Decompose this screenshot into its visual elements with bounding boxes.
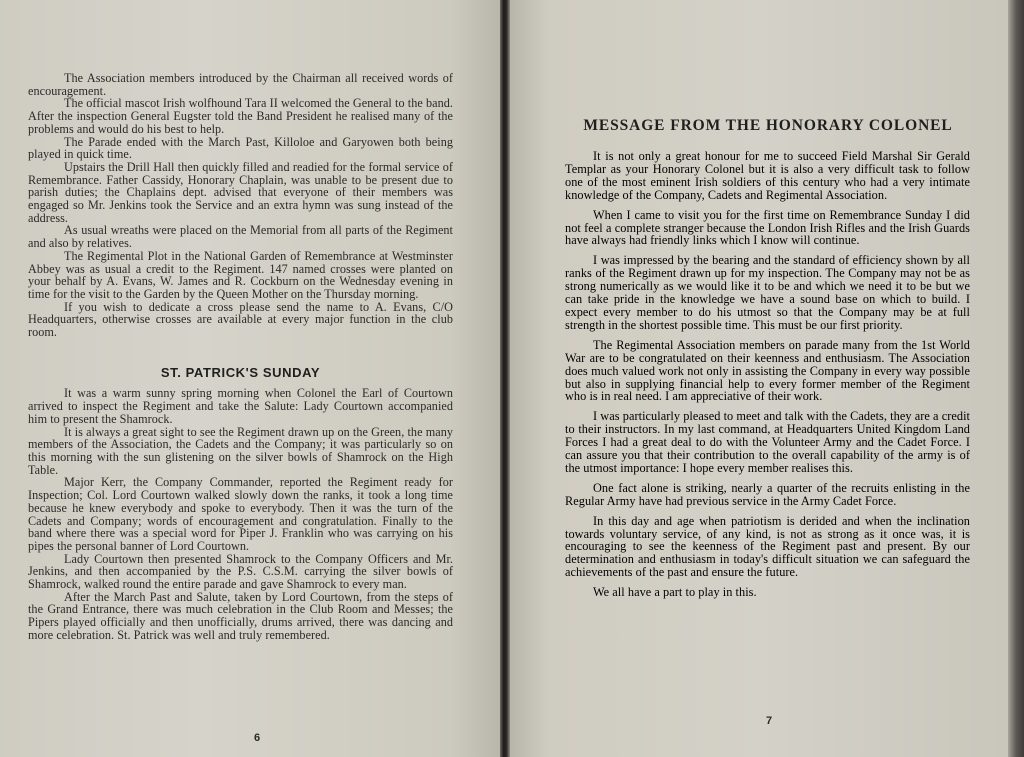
paragraph: Lady Courtown then presented Shamrock to…	[28, 553, 453, 591]
paragraph: The Association members introduced by th…	[28, 72, 453, 97]
paragraph: It is always a great sight to see the Re…	[28, 426, 453, 477]
paragraph: It is not only a great honour for me to …	[565, 150, 970, 202]
section-heading: ST. PATRICK'S SUNDAY	[28, 367, 453, 380]
booklet-spread: The Association members introduced by th…	[0, 0, 1024, 757]
paragraph: It was a warm sunny spring morning when …	[28, 387, 453, 425]
book-gutter	[500, 0, 510, 757]
paragraph: I was particularly pleased to meet and t…	[565, 410, 970, 475]
paragraph: The Regimental Association members on pa…	[565, 339, 970, 404]
right-page-body: It is not only a great honour for me to …	[565, 150, 970, 606]
paragraph: After the March Past and Salute, taken b…	[28, 591, 453, 642]
paragraph: Major Kerr, the Company Commander, repor…	[28, 476, 453, 552]
paragraph: When I came to visit you for the first t…	[565, 209, 970, 248]
page-edge-background	[1008, 0, 1024, 757]
paragraph: As usual wreaths were placed on the Memo…	[28, 224, 453, 249]
page-number: 6	[254, 732, 260, 744]
paragraph: In this day and age when patriotism is d…	[565, 515, 970, 580]
left-page: The Association members introduced by th…	[0, 0, 500, 757]
left-page-body: The Association members introduced by th…	[28, 72, 453, 642]
page-number: 7	[766, 715, 772, 727]
paragraph: The Regimental Plot in the National Gard…	[28, 250, 453, 301]
paragraph: I was impressed by the bearing and the s…	[565, 254, 970, 331]
paragraph: The official mascot Irish wolfhound Tara…	[28, 97, 453, 135]
paragraph: If you wish to dedicate a cross please s…	[28, 301, 453, 339]
paragraph: Upstairs the Drill Hall then quickly fil…	[28, 161, 453, 225]
paragraph: We all have a part to play in this.	[565, 586, 970, 599]
page-title: MESSAGE FROM THE HONORARY COLONEL	[548, 117, 988, 135]
paragraph: The Parade ended with the March Past, Ki…	[28, 136, 453, 161]
paragraph: One fact alone is striking, nearly a qua…	[565, 482, 970, 508]
